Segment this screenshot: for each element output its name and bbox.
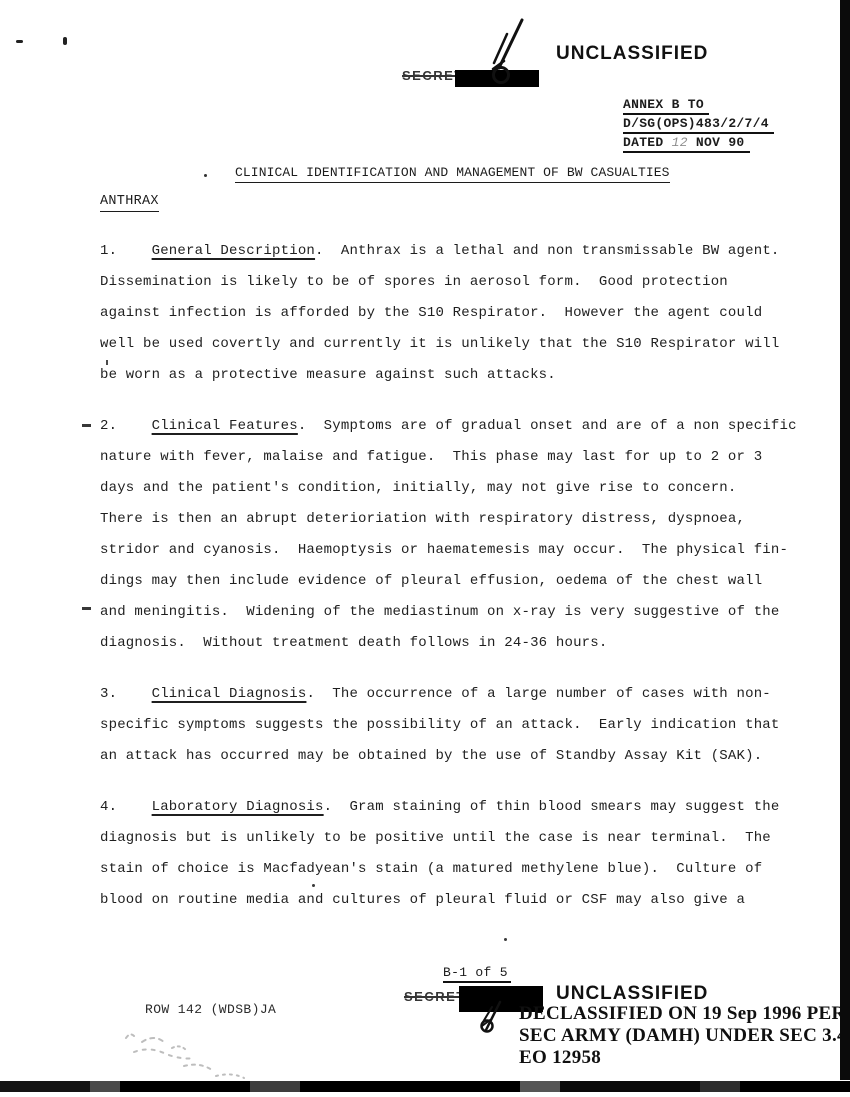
paragraph-heading: General Description: [152, 243, 315, 259]
annex-dated-label: DATED: [623, 135, 672, 150]
paragraph-line: Dissemination is likely to be of spores …: [100, 267, 810, 298]
paragraph-line: There is then an abrupt deterioriation w…: [100, 504, 810, 535]
paragraph-text: 2.: [100, 418, 152, 434]
paragraph-line: stain of choice is Macfadyean's stain (a…: [100, 854, 810, 885]
paragraph-line: blood on routine media and cultures of p…: [100, 885, 810, 916]
paragraph-line: 1. General Description. Anthrax is a let…: [100, 236, 810, 267]
margin-dash-mark: [82, 607, 91, 610]
paragraph-line: 2. Clinical Features. Symptoms are of gr…: [100, 411, 810, 442]
paragraph-line: diagnosis but is unlikely to be positive…: [100, 823, 810, 854]
declassification-line: DECLASSIFIED ON 19 Sep 1996 PER: [519, 1003, 850, 1025]
unclassified-stamp: UNCLASSIFIED: [556, 43, 708, 65]
paragraph-line: diagnosis. Without treatment death follo…: [100, 628, 810, 659]
paragraph-text: 4.: [100, 799, 152, 815]
pencil-scribble-mark: [120, 1028, 270, 1088]
paragraph-line: stridor and cyanosis. Haemoptysis or hae…: [100, 535, 810, 566]
scan-speck-mark: [16, 40, 23, 43]
paragraph-line: 4. Laboratory Diagnosis. Gram staining o…: [100, 792, 810, 823]
pen-stroke-icon: [480, 12, 532, 94]
paragraph-line: and meningitis. Widening of the mediasti…: [100, 597, 810, 628]
paragraph-text: . Symptoms are of gradual onset and are …: [298, 418, 797, 434]
annex-dated-rest: NOV 90: [688, 135, 745, 150]
paragraph-line: well be used covertly and currently it i…: [100, 329, 810, 360]
paragraph-text: . The occurrence of a large number of ca…: [306, 686, 770, 702]
annex-line: DATED 12 NOV 90: [623, 136, 750, 153]
footer-secret-stamp: SECRET: [404, 989, 466, 1004]
declassification-line: EO 12958: [519, 1047, 850, 1069]
scan-speck-mark: [63, 37, 67, 45]
paragraph: 3. Clinical Diagnosis. The occurrence of…: [100, 679, 810, 772]
paragraph-heading: Clinical Features: [152, 418, 298, 434]
paragraph-text: 1.: [100, 243, 152, 259]
page-number: B-1 of 5: [443, 965, 511, 983]
right-scan-bar: [840, 0, 850, 1080]
margin-dash-mark: [82, 424, 91, 427]
paragraph-line: an attack has occurred may be obtained b…: [100, 741, 810, 772]
scan-speck-mark: [106, 360, 108, 365]
bottom-scan-bar: [0, 1081, 850, 1092]
paragraph-line: specific symptoms suggests the possibili…: [100, 710, 810, 741]
paragraph: 4. Laboratory Diagnosis. Gram staining o…: [100, 792, 810, 916]
annex-line: ANNEX B TO: [623, 98, 709, 115]
paragraph-line: days and the patient's condition, initia…: [100, 473, 810, 504]
paragraph: 2. Clinical Features. Symptoms are of gr…: [100, 411, 810, 659]
scan-speck-mark: [504, 938, 507, 941]
paragraph-line: dings may then include evidence of pleur…: [100, 566, 810, 597]
document-body: 1. General Description. Anthrax is a let…: [100, 236, 810, 936]
paragraph-line: be worn as a protective measure against …: [100, 360, 810, 391]
annex-reference-block: ANNEX B TO D/SG(OPS)483/2/7/4 DATED 12 N…: [623, 98, 774, 155]
paragraph-text: 3.: [100, 686, 152, 702]
document-title: CLINICAL IDENTIFICATION AND MANAGEMENT O…: [235, 165, 670, 183]
paragraph-line: against infection is afforded by the S10…: [100, 298, 810, 329]
section-heading: ANTHRAX: [100, 194, 159, 212]
paragraph-heading: Clinical Diagnosis: [152, 686, 307, 702]
declassification-stamp: DECLASSIFIED ON 19 Sep 1996 PER SEC ARMY…: [519, 1003, 850, 1069]
paragraph-line: nature with fever, malaise and fatigue. …: [100, 442, 810, 473]
paragraph-line: 3. Clinical Diagnosis. The occurrence of…: [100, 679, 810, 710]
signature-squiggle-icon: [476, 1000, 510, 1036]
file-reference: ROW 142 (WDSB)JA: [145, 1002, 276, 1017]
scan-speck-mark: [204, 174, 207, 177]
annex-line: D/SG(OPS)483/2/7/4: [623, 117, 774, 134]
footer-unclassified-stamp: UNCLASSIFIED: [556, 983, 708, 1005]
scan-speck-mark: [312, 884, 315, 887]
paragraph-text: . Anthrax is a lethal and non transmissa…: [315, 243, 779, 259]
paragraph-heading: Laboratory Diagnosis: [152, 799, 324, 815]
paragraph-text: . Gram staining of thin blood smears may…: [324, 799, 780, 815]
document-page: UNCLASSIFIED SECRET ANNEX B TO D/SG(OPS)…: [0, 0, 850, 1097]
declassification-line: SEC ARMY (DAMH) UNDER SEC 3.4: [519, 1025, 850, 1047]
paragraph: 1. General Description. Anthrax is a let…: [100, 236, 810, 391]
handwritten-date-day: 12: [672, 135, 688, 150]
